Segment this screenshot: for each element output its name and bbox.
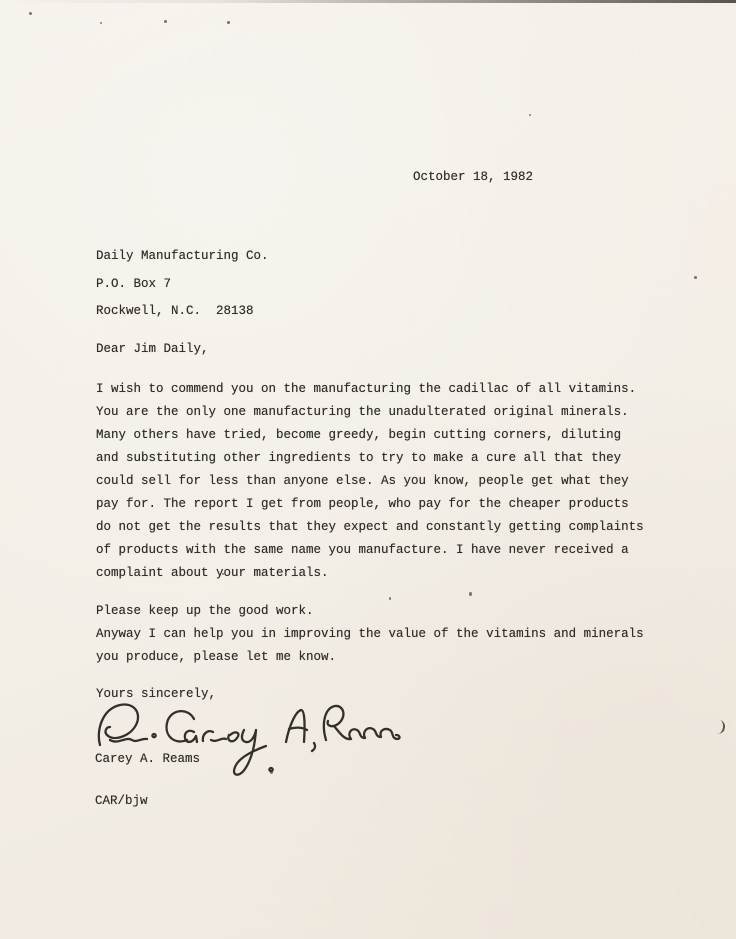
reference-initials: CAR/bjw	[95, 790, 148, 813]
letter-date: October 18, 1982	[413, 166, 533, 189]
scan-speck	[227, 21, 230, 24]
scan-speck	[469, 592, 472, 596]
scan-edge-artifact	[0, 0, 736, 3]
scan-speck	[529, 114, 531, 116]
typed-signature-name: Carey A. Reams	[95, 748, 200, 771]
scan-speck	[100, 22, 102, 24]
scan-speck	[222, 573, 224, 575]
scan-mark-artifact	[713, 719, 726, 734]
scan-speck	[29, 12, 32, 15]
scan-speck	[694, 276, 697, 279]
body-paragraph-2: Please keep up the good work. Anyway I c…	[96, 600, 644, 669]
scan-speck	[389, 597, 391, 600]
recipient-address: Daily Manufacturing Co. P.O. Box 7 Rockw…	[96, 243, 269, 326]
salutation: Dear Jim Daily,	[96, 338, 209, 361]
letter-page: October 18, 1982 Daily Manufacturing Co.…	[0, 0, 736, 939]
scan-speck	[164, 20, 167, 23]
scan-speck	[270, 771, 273, 774]
body-paragraph-1: I wish to commend you on the manufacturi…	[96, 378, 644, 585]
